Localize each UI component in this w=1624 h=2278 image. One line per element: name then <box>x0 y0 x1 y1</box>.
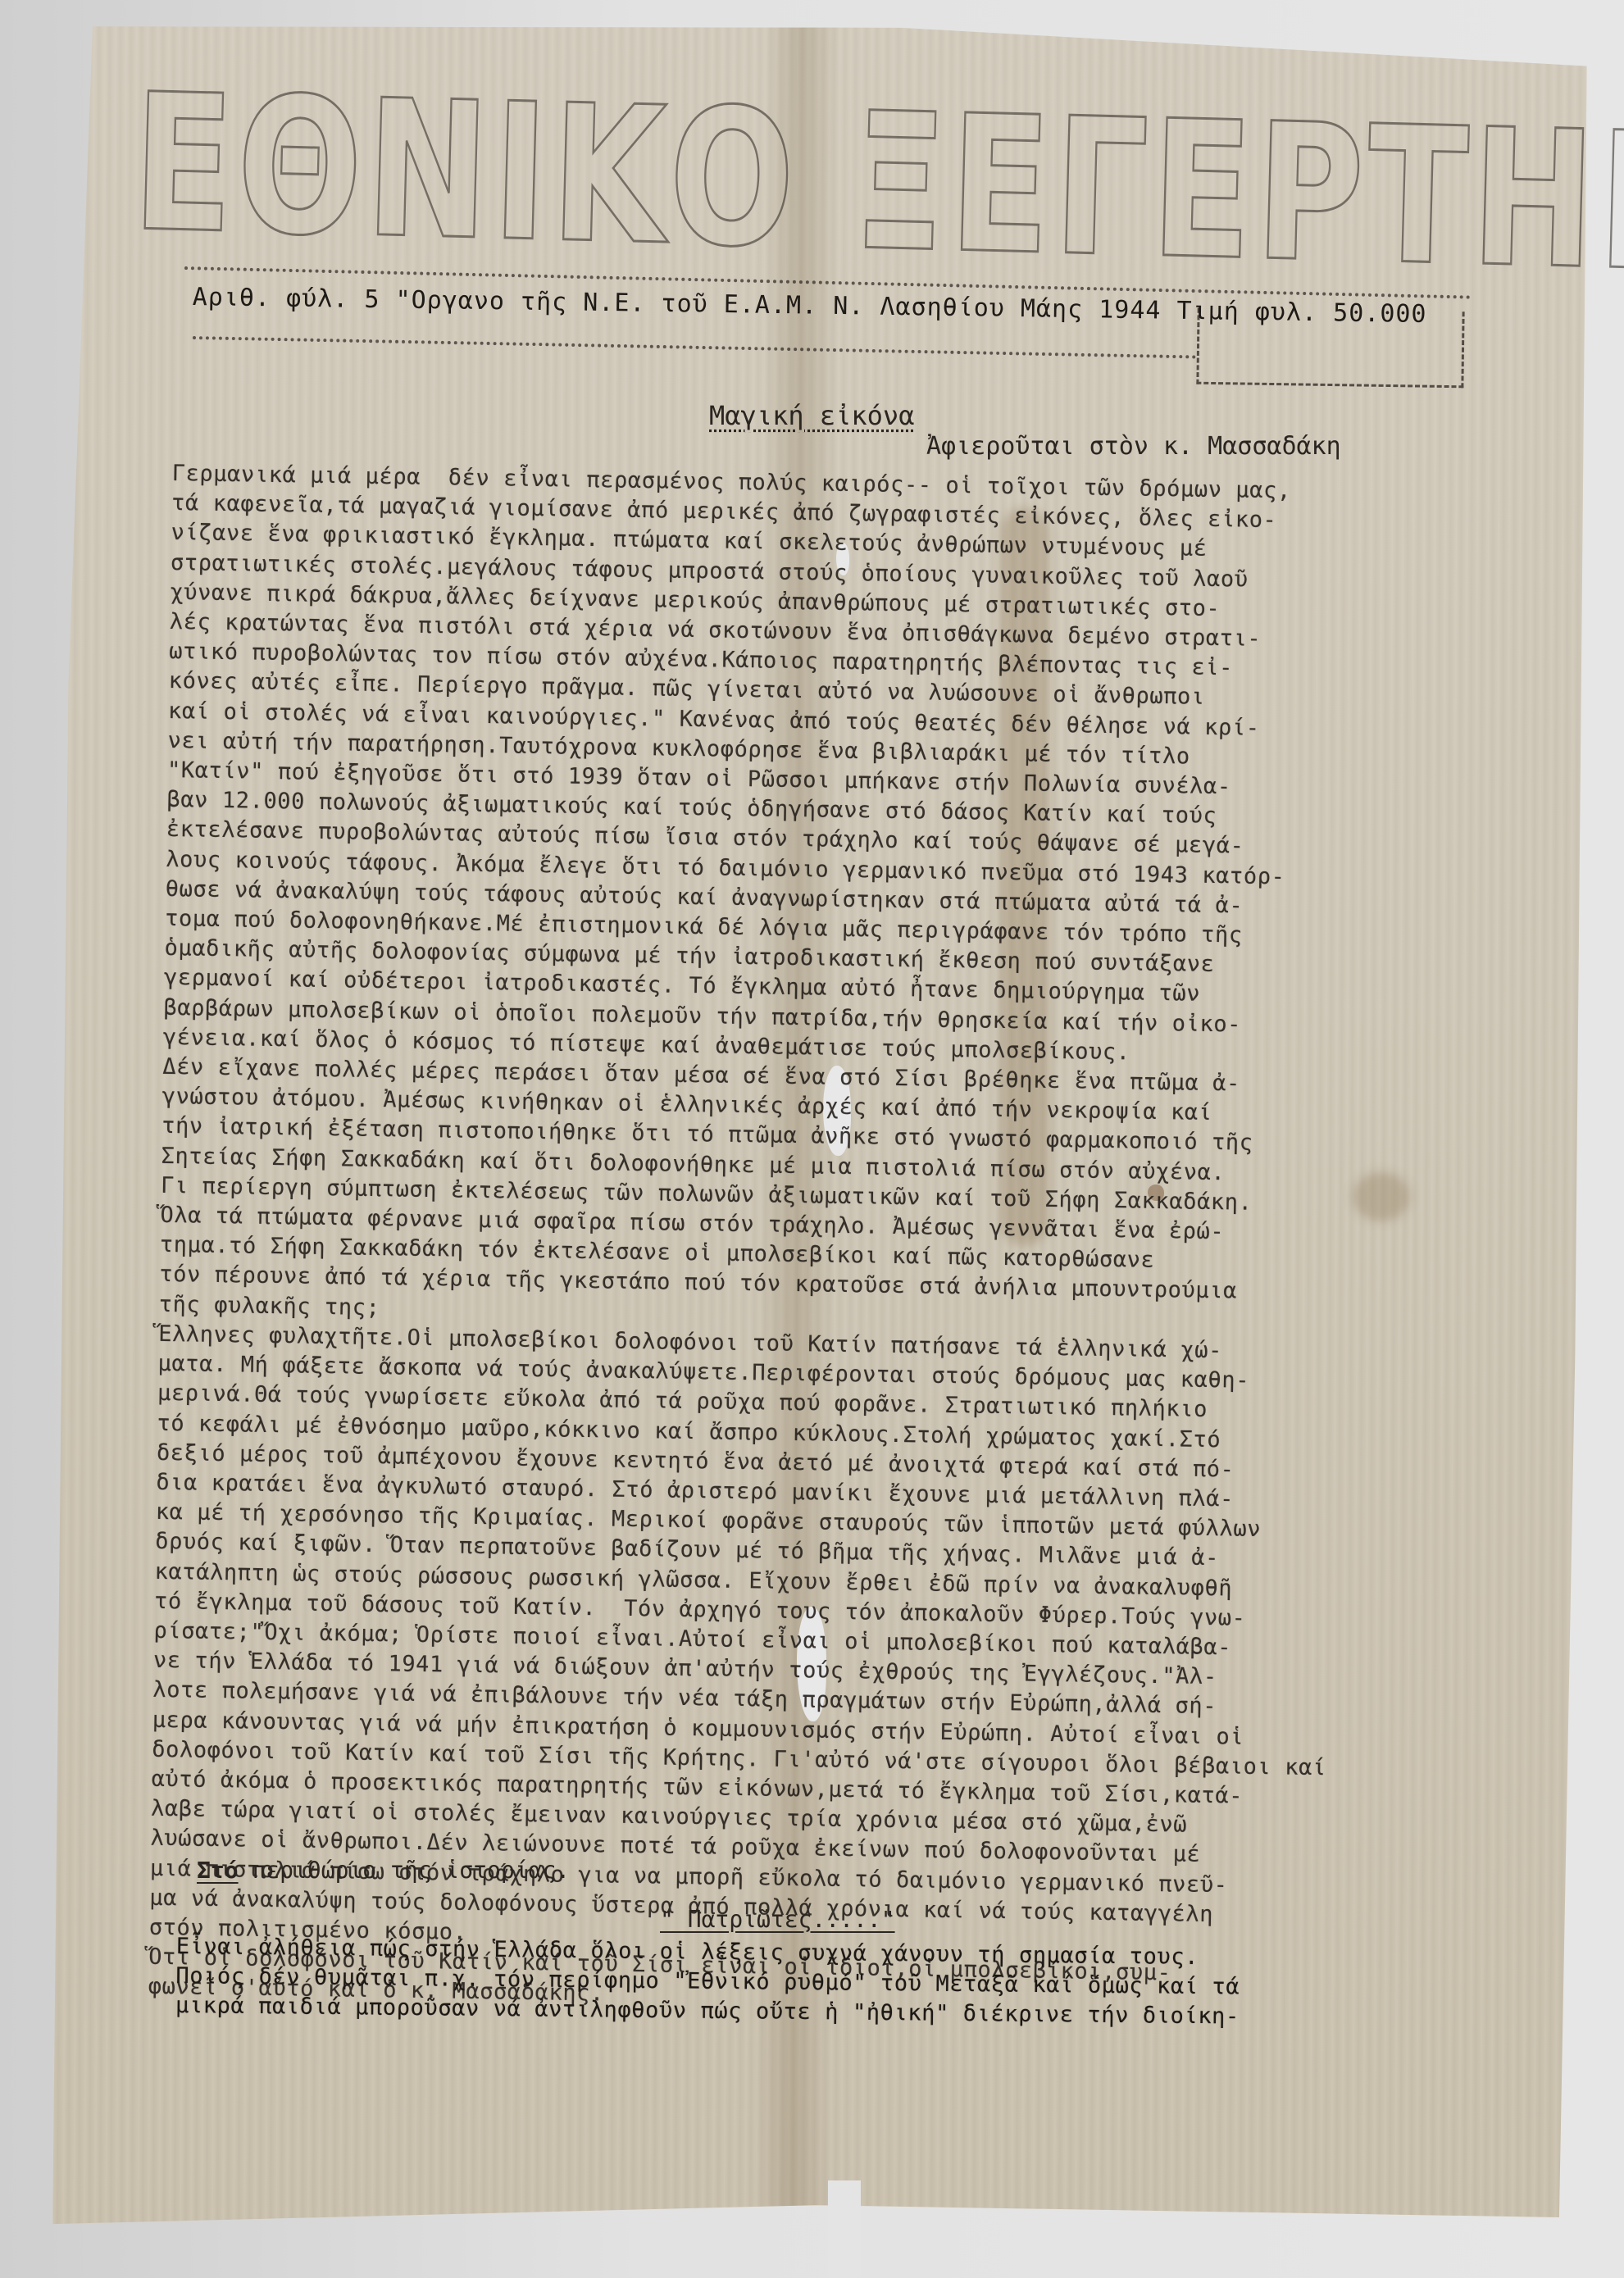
section2-subheading: " Πατριῶτες....." <box>660 1906 895 1933</box>
bottom-tear <box>828 2180 861 2278</box>
article-title: Μαγική εἰκόνα <box>709 400 914 431</box>
price-box <box>1196 308 1464 389</box>
section2-body: Εἶναι ἀλήθεια πώς στήν Ἑλλάδα ὅλοι οἱ λέ… <box>175 1932 1455 2034</box>
article-body: Γερμανικά μιά μέρα δέν εἶναι περασμένος … <box>148 459 1467 2022</box>
section2-heading: Στό περιθώριο τῆς ἱστορίας. <box>197 1857 570 1884</box>
issue-date: Μάης 1944 <box>1021 294 1162 325</box>
section2-heading-prefix: Στό <box>197 1857 239 1884</box>
article-dedication: Ἀφιεροῦται στὸν κ. Μασσαδάκη <box>926 432 1341 461</box>
issue-number: Αριθ. φύλ. 5 <box>193 283 380 314</box>
masthead-title: ΕΘΝΙΚΟ ΞΕΓΕΡΤΗΡΙ <box>131 78 1171 277</box>
section2-heading-rest: περιθώριο τῆς ἱστορίας. <box>252 1857 570 1884</box>
